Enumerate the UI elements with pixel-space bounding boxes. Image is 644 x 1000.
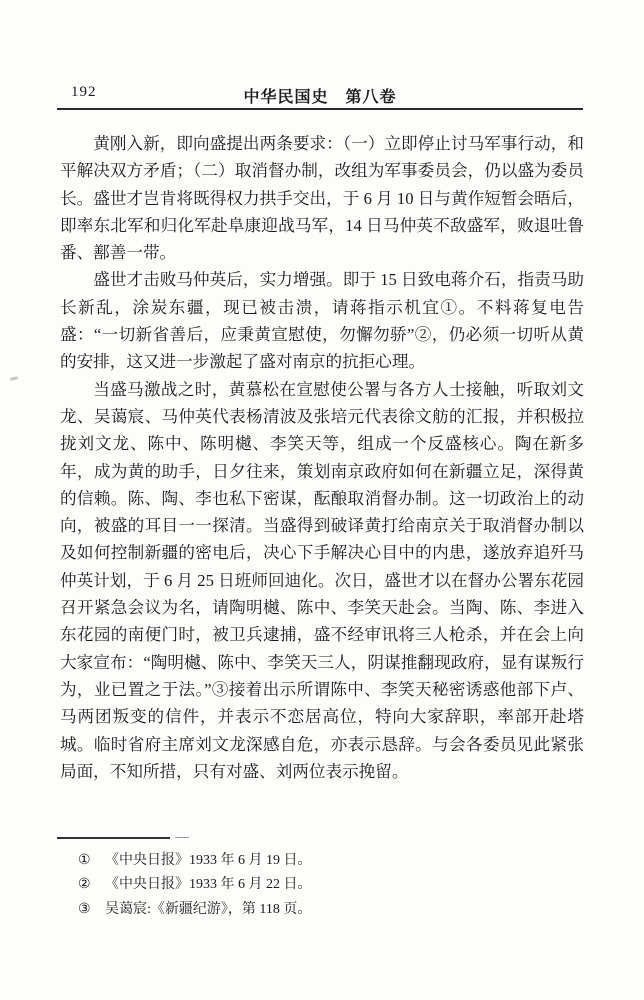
running-header: 192 中华民国史 第八卷	[57, 84, 583, 104]
footnote-item: ③ 吴蔼宸:《新疆纪游》，第 118 页。	[57, 898, 537, 923]
footnotes-section: ① 《中央日报》1933 年 6 月 19 日。 ② 《中央日报》1933 年 …	[57, 837, 537, 922]
body-paragraph: 当盛马激战之时，黄慕松在宣慰使公署与各方人士接触，听取刘文龙、吴蔼宸、马仲英代表…	[60, 376, 584, 785]
footnote-item: ② 《中央日报》1933 年 6 月 22 日。	[57, 873, 537, 898]
running-header-title: 中华民国史 第八卷	[57, 84, 583, 107]
footnote-text: 《中央日报》1933 年 6 月 22 日。	[105, 873, 537, 898]
body-paragraph: 盛世才击败马仲英后，实力增强。即于 15 日致电蒋介石，指责马助长新乱，涂炭东疆…	[60, 266, 584, 375]
footnote-marker: ①	[57, 849, 105, 874]
footnote-marker: ②	[57, 873, 105, 898]
book-page: 192 中华民国史 第八卷 黄刚入新，即向盛提出两条要求：（一）立即停止讨马军事…	[0, 0, 644, 1000]
header-rule	[57, 108, 583, 110]
footnote-marker: ③	[57, 898, 105, 923]
footnote-item: ① 《中央日报》1933 年 6 月 19 日。	[57, 849, 537, 874]
footnote-text: 《中央日报》1933 年 6 月 19 日。	[105, 849, 537, 874]
footnote-divider	[57, 837, 170, 839]
scan-artifact	[10, 376, 18, 381]
body-paragraph: 黄刚入新，即向盛提出两条要求：（一）立即停止讨马军事行动，和平解决双方矛盾；（二…	[60, 130, 584, 266]
body-text: 黄刚入新，即向盛提出两条要求：（一）立即停止讨马军事行动，和平解决双方矛盾；（二…	[60, 130, 584, 785]
footnote-text: 吴蔼宸:《新疆纪游》，第 118 页。	[105, 898, 537, 923]
footnote-list: ① 《中央日报》1933 年 6 月 19 日。 ② 《中央日报》1933 年 …	[57, 849, 537, 923]
